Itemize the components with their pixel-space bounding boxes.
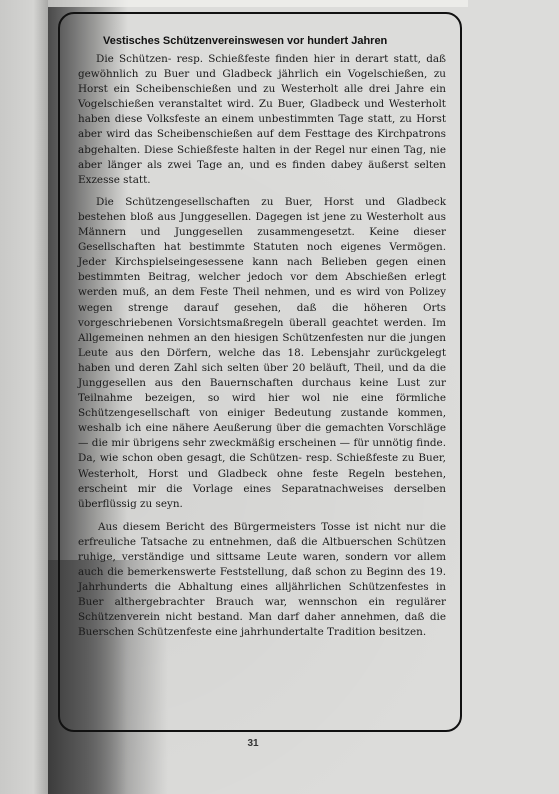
quote-paragraph-2: Die Schützengesellschaften zu Buer, Hors… xyxy=(78,195,446,512)
commentary-paragraph: Aus diesem Bericht des Bürgermeisters To… xyxy=(78,520,446,641)
quote-paragraph-1: Die Schützen- resp. Schießfeste finden h… xyxy=(78,52,446,188)
scanned-page: Vestisches Schützenvereinswesen vor hund… xyxy=(0,0,559,794)
book-gutter xyxy=(0,0,48,794)
text-block: Vestisches Schützenvereinswesen vor hund… xyxy=(78,34,446,641)
article-title: Vestisches Schützenvereinswesen vor hund… xyxy=(103,34,446,48)
page-number: 31 xyxy=(238,738,268,749)
page-edge xyxy=(48,0,468,7)
